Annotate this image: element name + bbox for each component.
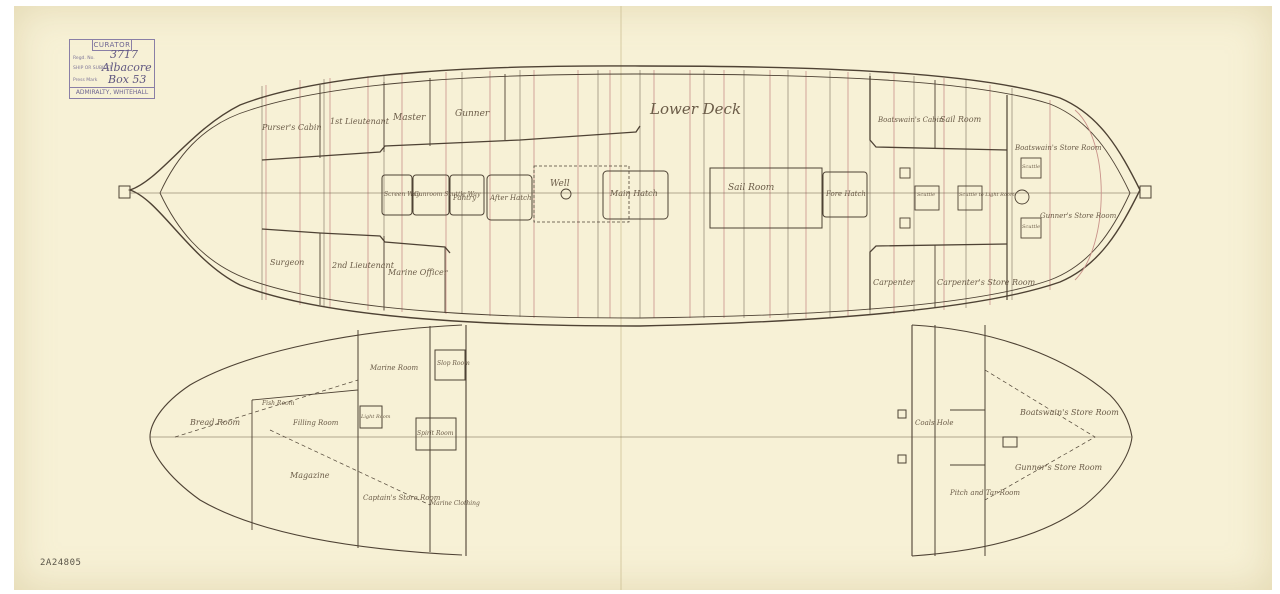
svg-text:Slop Room: Slop Room bbox=[437, 360, 470, 367]
svg-text:Scuttle: Scuttle bbox=[917, 192, 935, 198]
deck-title: Lower Deck bbox=[649, 100, 741, 118]
svg-text:Main Hatch: Main Hatch bbox=[609, 189, 658, 198]
svg-text:Marine Officer: Marine Officer bbox=[387, 268, 449, 277]
svg-text:Carpenter: Carpenter bbox=[873, 278, 916, 287]
svg-text:Purser's Cabin: Purser's Cabin bbox=[261, 123, 322, 132]
svg-text:Fore Hatch: Fore Hatch bbox=[825, 190, 866, 198]
svg-text:Boatswain's Cabin: Boatswain's Cabin bbox=[877, 116, 944, 124]
svg-text:Sail Room: Sail Room bbox=[728, 183, 774, 193]
svg-text:Marine Clothing: Marine Clothing bbox=[429, 500, 480, 507]
svg-text:Pantry: Pantry bbox=[452, 194, 477, 202]
lower-labels: Bread Room Fish Room Light Room Filling … bbox=[189, 360, 1119, 507]
svg-text:Gunner's Store Room: Gunner's Store Room bbox=[1015, 463, 1103, 472]
svg-text:Boatswain's Store Room: Boatswain's Store Room bbox=[1014, 144, 1102, 152]
svg-text:Spirit Room: Spirit Room bbox=[417, 430, 454, 437]
svg-text:Filling Room: Filling Room bbox=[292, 419, 339, 427]
svg-text:Gunner: Gunner bbox=[455, 109, 490, 119]
svg-text:Coals Hole: Coals Hole bbox=[915, 419, 954, 427]
svg-text:1st Lieutenant: 1st Lieutenant bbox=[330, 117, 390, 126]
svg-text:Marine Room: Marine Room bbox=[369, 364, 419, 372]
svg-text:Gunner's Store Room: Gunner's Store Room bbox=[1040, 212, 1117, 220]
svg-text:Light Room: Light Room bbox=[360, 414, 391, 420]
svg-text:Boatswain's Store Room: Boatswain's Store Room bbox=[1019, 408, 1119, 417]
svg-text:2nd Lieutenant: 2nd Lieutenant bbox=[331, 261, 395, 270]
curator-stamp: CURATOR Regd. No. SHIP OR SUBJECT Press … bbox=[69, 39, 155, 99]
deck-plan-drawing: Lower Deck Purser's Cabin 1st Lieutenant… bbox=[0, 0, 1280, 594]
svg-text:Fish Room: Fish Room bbox=[261, 400, 295, 407]
svg-text:Scuttle: Scuttle bbox=[1022, 164, 1040, 170]
svg-text:Scuttle to Light Room: Scuttle to Light Room bbox=[959, 192, 1015, 198]
upper-labels: Lower Deck Purser's Cabin 1st Lieutenant… bbox=[261, 100, 1117, 287]
svg-text:Sail Room: Sail Room bbox=[940, 115, 982, 124]
stamp-footer: ADMIRALTY, WHITEHALL bbox=[70, 87, 154, 98]
regd-number: 3717 bbox=[110, 48, 138, 61]
svg-text:Master: Master bbox=[392, 113, 426, 123]
press-mark: Box 53 bbox=[108, 73, 146, 86]
svg-text:Carpenter's Store Room: Carpenter's Store Room bbox=[937, 278, 1036, 287]
svg-text:Bread Room: Bread Room bbox=[189, 418, 241, 427]
reference-number: 2A24805 bbox=[40, 558, 81, 568]
svg-text:Magazine: Magazine bbox=[289, 471, 330, 480]
svg-text:After Hatch: After Hatch bbox=[489, 194, 532, 202]
svg-text:Scuttle: Scuttle bbox=[1022, 224, 1040, 230]
lower-plan bbox=[150, 325, 1132, 556]
svg-text:Pitch and Tar Room: Pitch and Tar Room bbox=[949, 489, 1020, 497]
svg-text:Well: Well bbox=[550, 179, 570, 189]
svg-text:Surgeon: Surgeon bbox=[270, 258, 304, 267]
